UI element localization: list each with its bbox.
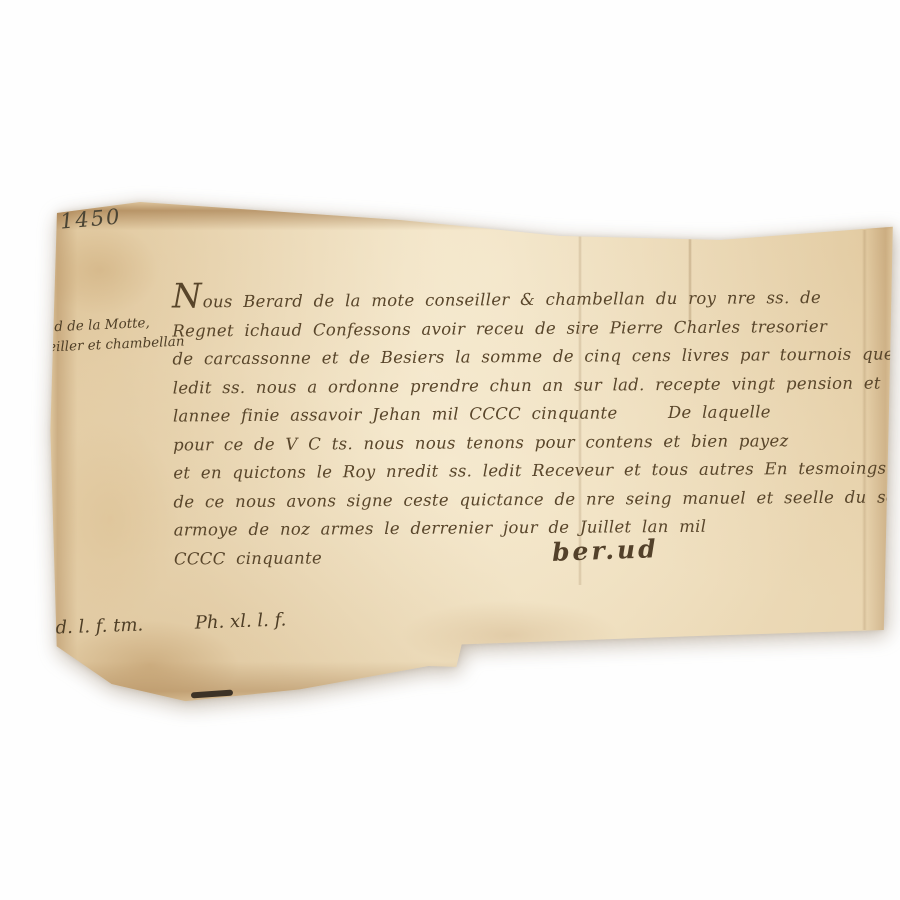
accounting-docket: P. nd. l. f. tm. Ph. xl. l. f. bbox=[24, 609, 287, 639]
stain bbox=[40, 420, 180, 620]
docket-mark-right: Ph. xl. l. f. bbox=[194, 609, 286, 633]
body-line: ledit ss. nous a ordonne prendre chun an… bbox=[173, 369, 885, 402]
parchment-sheet: 1450 Beraud de la Motte, Conseiller et c… bbox=[0, 0, 900, 900]
body-line: de carcassonne et de Besiers la somme de… bbox=[172, 341, 884, 374]
body-line: Nous Berard de la mote conseiller & cham… bbox=[172, 284, 884, 317]
seal-slit bbox=[191, 690, 233, 699]
archival-date: 1450 bbox=[59, 204, 122, 233]
docket-mark-left: P. nd. l. f. tm. bbox=[24, 614, 144, 639]
signature: ber.ud bbox=[552, 534, 660, 567]
body-line: de ce nous avons signe ceste quictance d… bbox=[173, 483, 885, 516]
parchment-document: 1450 Beraud de la Motte, Conseiller et c… bbox=[0, 0, 900, 900]
seal-slit bbox=[48, 686, 136, 694]
photo-background: 1450 Beraud de la Motte, Conseiller et c… bbox=[0, 0, 900, 900]
stain bbox=[40, 225, 160, 315]
margin-note: Beraud de la Motte, Conseiller et chambe… bbox=[13, 311, 195, 380]
letter-body: Nous Berard de la mote conseiller & cham… bbox=[172, 284, 886, 574]
body-line: et en quictons le Roy nredit ss. ledit R… bbox=[173, 455, 885, 488]
stain bbox=[400, 600, 620, 670]
body-line: CCCC cinquante bbox=[174, 540, 886, 573]
margin-note-line: dud. bbox=[15, 352, 196, 380]
